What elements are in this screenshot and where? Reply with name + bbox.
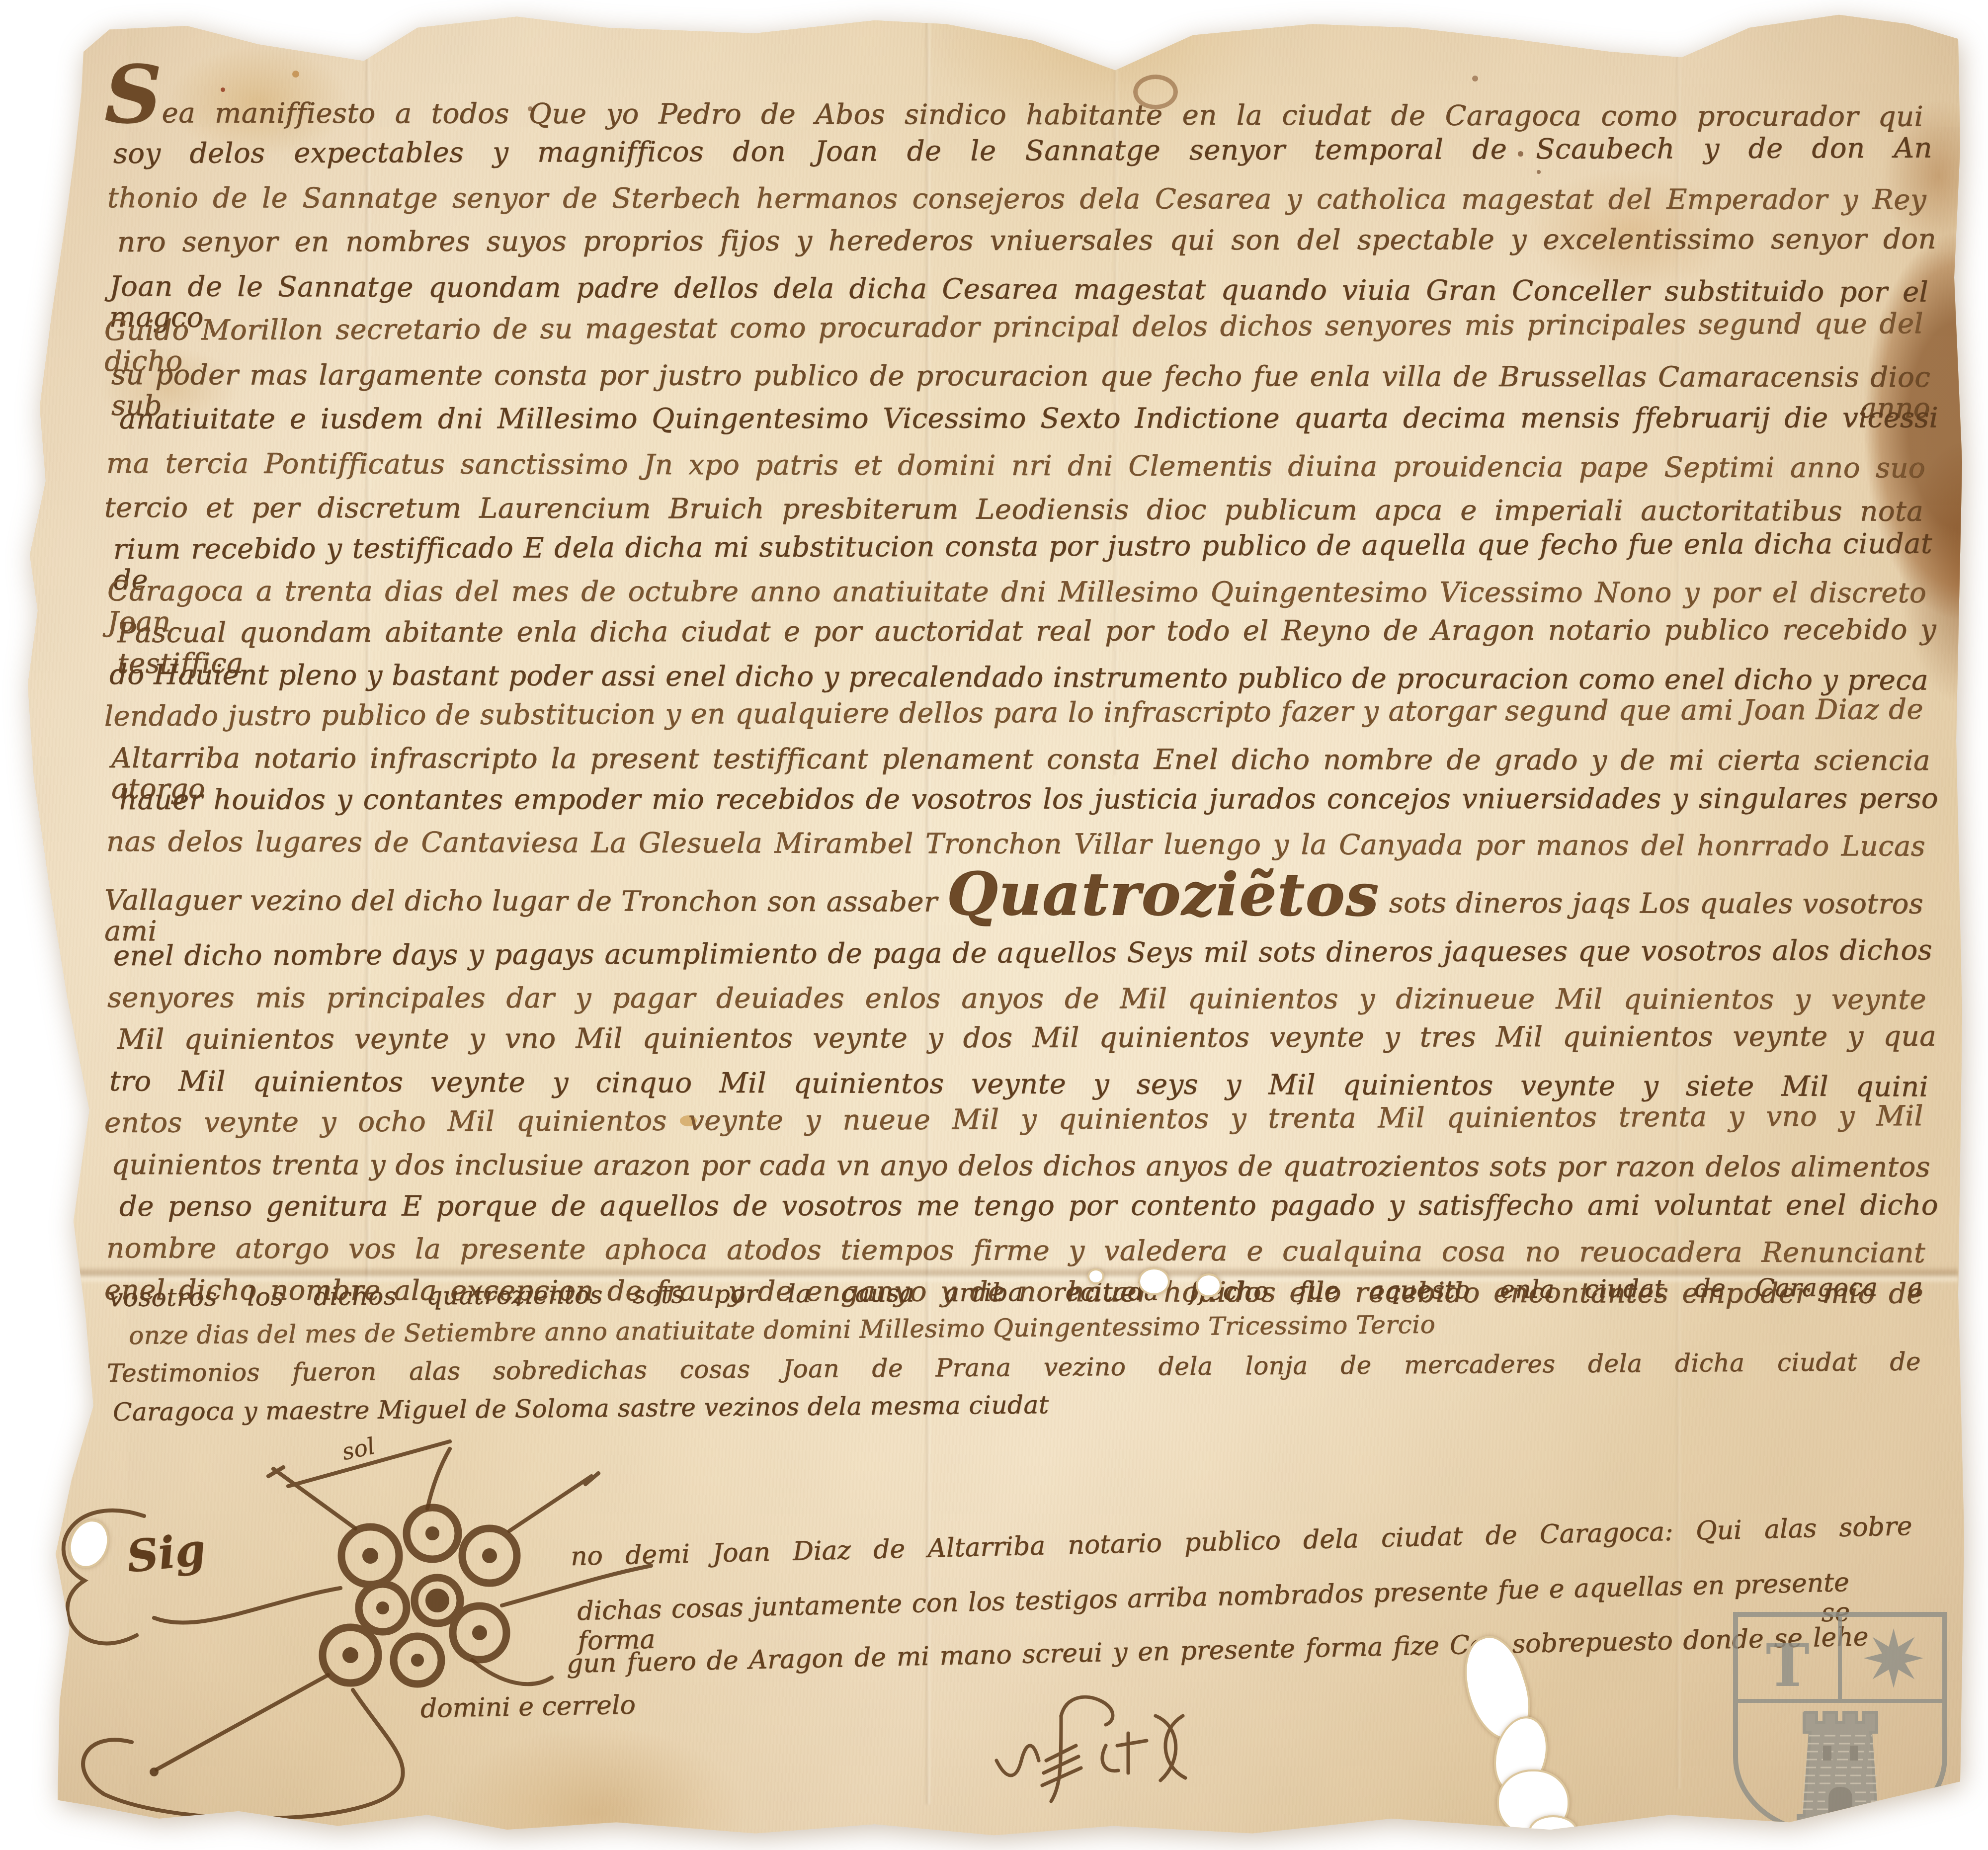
initial-capital: S xyxy=(104,48,162,141)
closing-final-words: domini e cerrelo xyxy=(420,1690,636,1724)
manuscript-line: ma tercia Pontifficatus sanctissimo Jn x… xyxy=(106,448,1925,484)
manuscript-line: anatiuitate e iusdem dni Millesimo Quing… xyxy=(119,403,1938,434)
scanner-edge-artifact xyxy=(1966,30,1969,239)
wax-spot xyxy=(221,87,225,92)
manuscript-line: enel dicho nombre days y pagays acumplim… xyxy=(113,935,1932,972)
watermark-star-icon xyxy=(1864,1628,1923,1688)
parchment: Sea maniffiesto a todos Que yo Pedro de … xyxy=(0,0,1988,1850)
manuscript-line: tro Mil quinientos veynte y cinquo Mil q… xyxy=(109,1066,1928,1102)
ink-spot xyxy=(1472,76,1478,82)
manuscript-line: nombre atorgo vos la presente aphoca ato… xyxy=(106,1233,1925,1268)
ink-spot xyxy=(1537,170,1541,174)
watermark-tower-icon xyxy=(1798,1712,1883,1824)
parchment-hole xyxy=(1087,1268,1104,1284)
manuscript-line: Sea maniffiesto a todos Que yo Pedro de … xyxy=(104,94,1923,132)
manuscript-line: Caragoca y maestre Miguel de Soloma sast… xyxy=(113,1384,1927,1426)
scanned-document-page: { "colors": { "ink": "#6a4726", "ink_dar… xyxy=(0,0,1988,1850)
manuscript-line: tercio et per discretum Laurencium Bruic… xyxy=(104,493,1923,527)
manuscript-line: Testimonios fueron alas sobredichas cosa… xyxy=(107,1348,1921,1387)
manuscript-line: lendado justro publico de substitucion y… xyxy=(104,694,1923,732)
manuscript-line: Mil quinientos veynte y vno Mil quinient… xyxy=(117,1021,1936,1055)
manuscript-line: hauer houidos y contantes empoder mio re… xyxy=(119,783,1938,815)
manuscript-line: entos veynte y ocho Mil quinientos veynt… xyxy=(104,1101,1923,1139)
emphasized-amount-word: Quatroziẽtos xyxy=(947,859,1380,929)
ink-spot xyxy=(1169,22,1173,26)
ink-spot xyxy=(1113,62,1119,68)
archive-stamp-watermark: T xyxy=(1730,1610,1951,1842)
watermark-letter-t: T xyxy=(1766,1631,1810,1700)
parchment-wrap: Sea maniffiesto a todos Que yo Pedro de … xyxy=(0,0,1988,1850)
parchment-hole xyxy=(1529,1815,1577,1847)
notary-rubric xyxy=(987,1686,1200,1805)
manuscript-line: senyores mis principales dar y pagar deu… xyxy=(107,983,1926,1015)
ink-spot xyxy=(1086,39,1091,44)
manuscript-line: nro senyor en nombres suyos proprios fij… xyxy=(117,224,1936,258)
manuscript-line: soy delos expectables y magnifficos don … xyxy=(113,133,1932,169)
parchment-hole xyxy=(1138,1267,1170,1295)
manuscript-line: thonio de le Sannatge senyor de Sterbech… xyxy=(107,183,1926,215)
ink-spot xyxy=(1065,15,1073,23)
notarial-signum-drawing xyxy=(30,1422,656,1834)
manuscript-line: onze dias del mes de Setiembre anno anat… xyxy=(129,1307,1943,1349)
closing-line: no demi Joan Diaz de Altarriba notario p… xyxy=(570,1512,1912,1572)
manuscript-line: de penso genitura E porque de aquellos d… xyxy=(119,1190,1938,1222)
stain-spot xyxy=(292,71,299,78)
manuscript-line: nas delos lugares de Cantaviesa La Glesu… xyxy=(106,827,1925,862)
manuscript-line: do Hauient pleno y bastant poder assi en… xyxy=(109,660,1928,696)
parchment-hole xyxy=(1196,1273,1222,1297)
manuscript-line: quinientos trenta y dos inclusiue arazon… xyxy=(111,1150,1930,1183)
signum-label: Sig xyxy=(124,1523,208,1583)
